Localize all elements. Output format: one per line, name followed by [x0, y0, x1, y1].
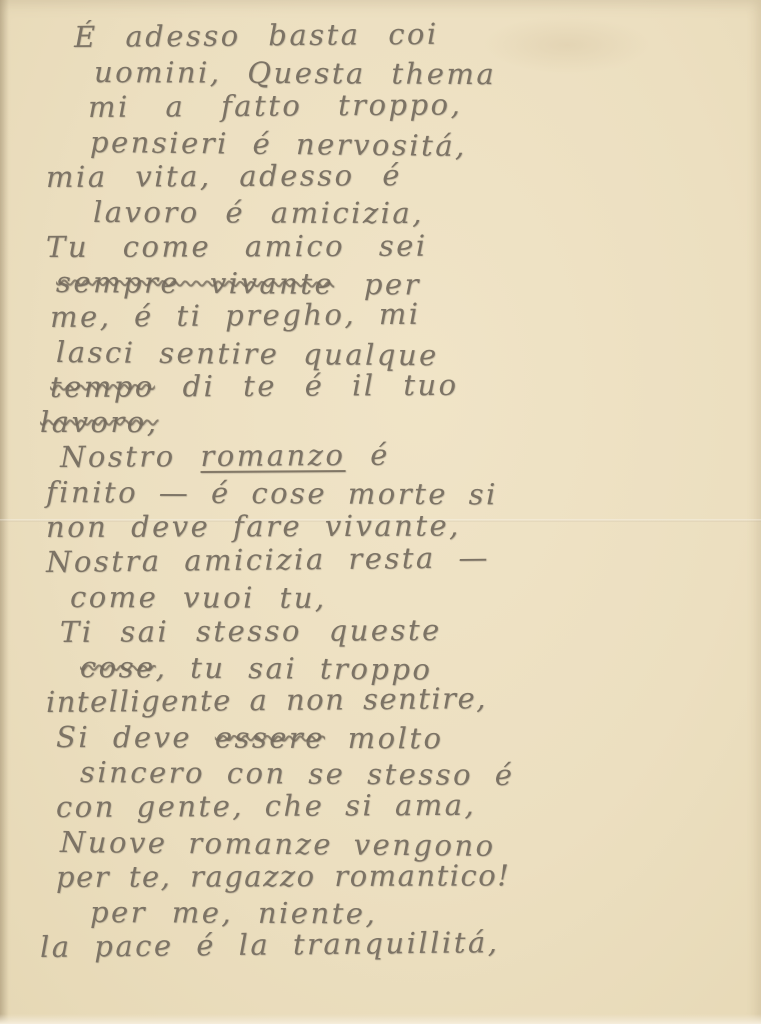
letter-line: mia vita, adesso é: [46, 156, 745, 195]
letter-line: mi a fatto troppo,: [88, 85, 745, 125]
letter-line: me, é ti pregho, mi: [50, 294, 745, 335]
letter-line: Tu come amico sei: [46, 228, 745, 265]
scribbled-word: tempo: [50, 369, 155, 404]
letter-line: tempo di te é il tuo: [50, 366, 745, 405]
letter-line-text: Si deve: [56, 720, 215, 755]
letter-line: É adesso basta coi: [74, 14, 745, 55]
underlined-word: romanzo: [200, 438, 345, 473]
scribbled-word: essere: [215, 721, 325, 755]
letter-line: Ti sai stesso queste: [60, 611, 745, 650]
scribbled-word: sempre vivante: [56, 265, 334, 301]
letter-line: lavoro,: [40, 405, 745, 440]
scribbled-word: lavoro,: [40, 405, 158, 439]
letter-line-text: molto: [325, 721, 444, 755]
letter-line: Si deve essere molto: [56, 720, 745, 757]
letter-line-text: di te é il tuo: [155, 368, 459, 404]
letter-line: Nostro romanzo é: [60, 435, 745, 475]
letter-line: la pace é la tranquillitá,: [40, 923, 745, 965]
letter-line-text: Nostro: [60, 439, 201, 474]
handwritten-letter-body: É adesso basta coi uomini, Questa thema …: [38, 20, 745, 965]
letter-page: É adesso basta coi uomini, Questa thema …: [0, 0, 761, 1024]
letter-line-text: é: [345, 438, 390, 472]
letter-line: Nostra amicizia resta —: [46, 538, 745, 580]
letter-line: intelligente a non sentire,: [46, 679, 745, 720]
letter-line: per te, ragazzo romantico!: [56, 858, 745, 895]
letter-line: con gente, che si ama,: [56, 786, 745, 825]
letter-line: lavoro é amicizia,: [93, 195, 745, 232]
scribbled-word: cose: [80, 650, 156, 685]
